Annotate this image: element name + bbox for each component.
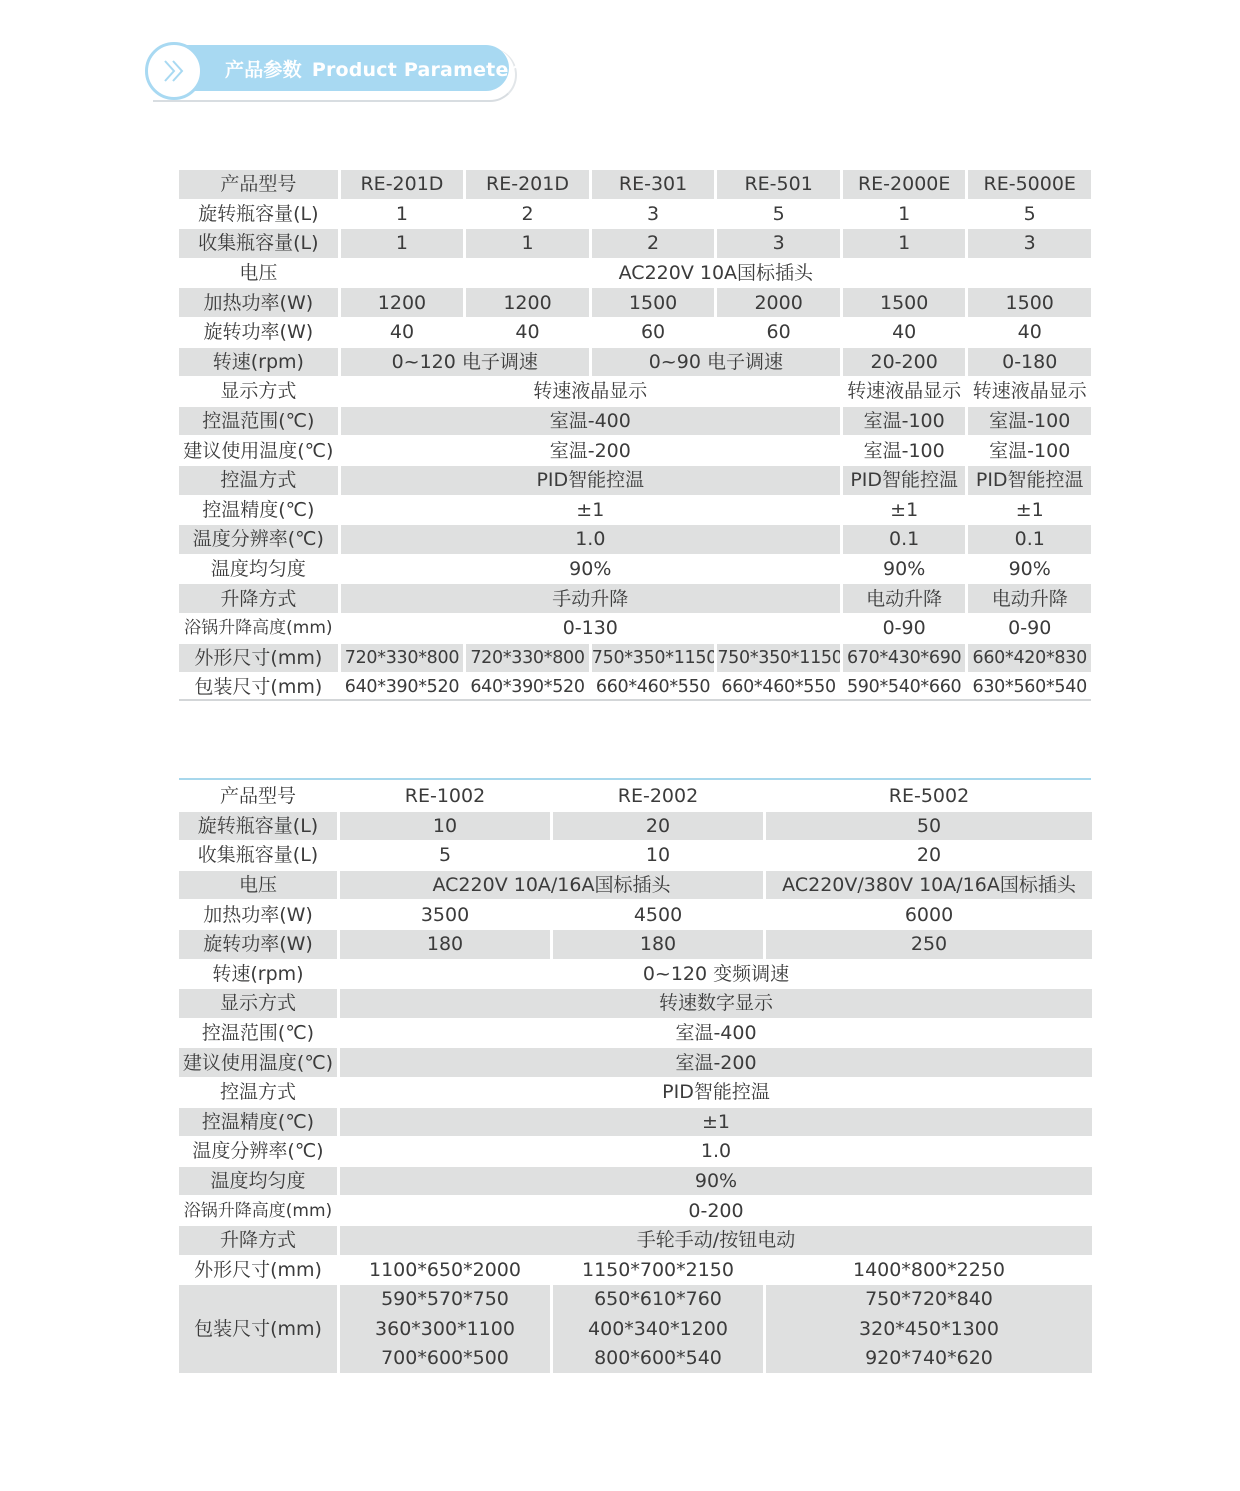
value-cell: AC220V 10A国标插头 (341, 259, 1091, 289)
value-cell: 180 (340, 930, 550, 960)
value-cell: 0-90 (843, 614, 966, 644)
table-row-model: 产品型号 RE-201D RE-201D RE-301 RE-501 RE-20… (179, 170, 1091, 200)
section-title: 产品参数Product Parameter (225, 55, 518, 82)
table-row-speed: 转速(rpm) 0~120 电子调速 0~90 电子调速 20-200 0-18… (179, 348, 1091, 378)
table-row-model: 产品型号 RE-1002 RE-2002 RE-5002 (179, 782, 1092, 812)
model-cell: RE-1002 (340, 782, 550, 812)
value-cell: 3500 (340, 900, 550, 930)
row-label: 显示方式 (179, 377, 338, 407)
value-cell: 5 (717, 200, 840, 230)
row-label: 旋转功率(W) (179, 930, 337, 960)
row-label: 温度分辨率(℃) (179, 1137, 337, 1167)
value-cell: 180 (553, 930, 763, 960)
value-cell: 1 (466, 229, 589, 259)
row-label: 建议使用温度(℃) (179, 1048, 337, 1078)
table-row-voltage: 电压 AC220V 10A/16A国标插头 AC220V/380V 10A/16… (179, 871, 1092, 901)
row-label: 包装尺寸(mm) (179, 1285, 337, 1374)
value-cell: ±1 (843, 496, 966, 526)
table-row-voltage: 电压 AC220V 10A国标插头 (179, 259, 1091, 289)
value-cell: 50 (766, 812, 1092, 842)
row-label: 旋转瓶容量(L) (179, 200, 338, 230)
value-cell: 1150*700*2150 (553, 1256, 763, 1286)
pack-dim-line: 800*600*540 (553, 1344, 763, 1374)
value-cell: 6000 (766, 900, 1092, 930)
table-row-outer-dims: 外形尺寸(mm) 720*330*800 720*330*800 750*350… (179, 644, 1091, 674)
value-cell: 20 (553, 812, 763, 842)
pack-dim-line: 400*340*1200 (553, 1315, 763, 1345)
pack-dim-line: 590*570*750 (340, 1285, 550, 1315)
value-cell: ±1 (968, 496, 1091, 526)
table-row-temp-range: 控温范围(℃) 室温-400 (179, 1019, 1092, 1049)
table-row-temp-uni: 温度均匀度 90% (179, 1167, 1092, 1197)
table-row-temp-uni: 温度均匀度 90% 90% 90% (179, 555, 1091, 585)
row-label: 收集瓶容量(L) (179, 229, 338, 259)
value-cell: 670*430*690 (843, 644, 966, 674)
value-cell: 手轮手动/按钮电动 (340, 1226, 1092, 1256)
model-cell: RE-2002 (553, 782, 763, 812)
value-cell: 1200 (341, 288, 464, 318)
value-cell: 手动升降 (341, 584, 840, 614)
row-label: 浴锅升降高度(mm) (179, 614, 338, 644)
table-row-display: 显示方式 转速数字显示 (179, 989, 1092, 1019)
row-label: 旋转功率(W) (179, 318, 338, 348)
value-cell: 3 (592, 200, 715, 230)
table-row-speed: 转速(rpm) 0~120 变频调速 (179, 960, 1092, 990)
value-cell: 2 (592, 229, 715, 259)
value-cell: 250 (766, 930, 1092, 960)
table-top-rule (179, 778, 1091, 780)
table-row-temp-range: 控温范围(℃) 室温-400 室温-100 室温-100 (179, 407, 1091, 437)
value-cell: 40 (466, 318, 589, 348)
value-cell: 1500 (968, 288, 1091, 318)
row-label: 控温方式 (179, 1078, 337, 1108)
table-row-pack-dims: 包装尺寸(mm) 590*570*750 360*300*1100 700*60… (179, 1285, 1092, 1374)
pack-dim-line: 700*600*500 (340, 1344, 550, 1374)
value-cell: 0-200 (340, 1196, 1092, 1226)
table-row-lift-height: 浴锅升降高度(mm) 0-130 0-90 0-90 (179, 614, 1091, 644)
value-cell: 90% (340, 1167, 1092, 1197)
value-cell: 1 (843, 200, 966, 230)
value-cell: ±1 (340, 1108, 1092, 1138)
value-cell: 1.0 (340, 1137, 1092, 1167)
value-cell: 40 (968, 318, 1091, 348)
model-cell: RE-2000E (843, 170, 966, 200)
value-cell: 转速液晶显示 (968, 377, 1091, 407)
value-cell: 750*720*840 320*450*1300 920*740*620 (766, 1285, 1092, 1374)
table-row-temp-res: 温度分辨率(℃) 1.0 (179, 1137, 1092, 1167)
value-cell: 20-200 (843, 348, 966, 378)
value-cell: 室温-400 (341, 407, 840, 437)
row-label: 控温精度(℃) (179, 496, 338, 526)
value-cell: 10 (553, 841, 763, 871)
value-cell: 1500 (843, 288, 966, 318)
value-cell: 2 (466, 200, 589, 230)
table-row-collect-flask: 收集瓶容量(L) 1 1 2 3 1 3 (179, 229, 1091, 259)
pack-dim-line: 360*300*1100 (340, 1315, 550, 1345)
row-label: 控温方式 (179, 466, 338, 496)
value-cell: 1 (843, 229, 966, 259)
value-cell: 720*330*800 (341, 644, 464, 674)
value-cell: 电动升降 (968, 584, 1091, 614)
value-cell: 20 (766, 841, 1092, 871)
value-cell: 0-180 (968, 348, 1091, 378)
model-cell: RE-201D (341, 170, 464, 200)
value-cell: 40 (341, 318, 464, 348)
value-cell: PID智能控温 (340, 1078, 1092, 1108)
value-cell: ±1 (341, 496, 840, 526)
table-row-temp-acc: 控温精度(℃) ±1 (179, 1108, 1092, 1138)
value-cell: 1.0 (341, 525, 840, 555)
table-row-temp-acc: 控温精度(℃) ±1 ±1 ±1 (179, 496, 1091, 526)
row-label: 外形尺寸(mm) (179, 1256, 337, 1286)
row-label: 控温精度(℃) (179, 1108, 337, 1138)
value-cell: 750*350*1150 (592, 644, 715, 674)
spec-table-large-models: 产品型号 RE-1002 RE-2002 RE-5002 旋转瓶容量(L) 10… (176, 782, 1095, 1374)
row-label: 收集瓶容量(L) (179, 841, 337, 871)
row-label: 外形尺寸(mm) (179, 644, 338, 674)
value-cell: PID智能控温 (843, 466, 966, 496)
value-cell: 4500 (553, 900, 763, 930)
row-label: 温度均匀度 (179, 555, 338, 585)
row-label: 产品型号 (179, 170, 338, 200)
row-label: 电压 (179, 871, 337, 901)
spec-table-small-models: 产品型号 RE-201D RE-201D RE-301 RE-501 RE-20… (176, 170, 1094, 703)
value-cell: 0-90 (968, 614, 1091, 644)
table-row-outer-dims: 外形尺寸(mm) 1100*650*2000 1150*700*2150 140… (179, 1256, 1092, 1286)
value-cell: 0~120 变频调速 (340, 960, 1092, 990)
section-title-cn: 产品参数 (225, 59, 302, 81)
value-cell: AC220V/380V 10A/16A国标插头 (766, 871, 1092, 901)
value-cell: 2000 (717, 288, 840, 318)
table-row-rotary-flask: 旋转瓶容量(L) 10 20 50 (179, 812, 1092, 842)
value-cell: 40 (843, 318, 966, 348)
table-bottom-rule (179, 699, 1091, 701)
row-label: 升降方式 (179, 1226, 337, 1256)
section-title-en: Product Parameter (312, 59, 518, 81)
row-label: 浴锅升降高度(mm) (179, 1196, 337, 1226)
value-cell: 650*610*760 400*340*1200 800*600*540 (553, 1285, 763, 1374)
table-row-rot-power: 旋转功率(W) 40 40 60 60 40 40 (179, 318, 1091, 348)
value-cell: 电动升降 (843, 584, 966, 614)
model-cell: RE-5000E (968, 170, 1091, 200)
value-cell: 1100*650*2000 (340, 1256, 550, 1286)
value-cell: 转速数字显示 (340, 989, 1092, 1019)
pack-dim-line: 650*610*760 (553, 1285, 763, 1315)
value-cell: 1 (341, 229, 464, 259)
table-row-heat-power: 加热功率(W) 3500 4500 6000 (179, 900, 1092, 930)
value-cell: 1200 (466, 288, 589, 318)
row-label: 旋转瓶容量(L) (179, 812, 337, 842)
row-label: 转速(rpm) (179, 348, 338, 378)
value-cell: 室温-200 (341, 436, 840, 466)
value-cell: PID智能控温 (968, 466, 1091, 496)
value-cell: 3 (968, 229, 1091, 259)
row-label: 温度分辨率(℃) (179, 525, 338, 555)
model-cell: RE-301 (592, 170, 715, 200)
row-label: 转速(rpm) (179, 960, 337, 990)
value-cell: 60 (592, 318, 715, 348)
value-cell: 0.1 (843, 525, 966, 555)
value-cell: 90% (843, 555, 966, 585)
value-cell: 3 (717, 229, 840, 259)
value-cell: 室温-100 (843, 436, 966, 466)
table-row-rotary-flask: 旋转瓶容量(L) 1 2 3 5 1 5 (179, 200, 1091, 230)
model-cell: RE-5002 (766, 782, 1092, 812)
pack-dim-line: 750*720*840 (766, 1285, 1092, 1315)
value-cell: 60 (717, 318, 840, 348)
value-cell: 5 (340, 841, 550, 871)
row-label: 控温范围(℃) (179, 1019, 337, 1049)
double-chevron-right-icon (145, 42, 203, 100)
table-row-display: 显示方式 转速液晶显示 转速液晶显示 转速液晶显示 (179, 377, 1091, 407)
value-cell: 750*350*1150 (717, 644, 840, 674)
pack-dim-line: 320*450*1300 (766, 1315, 1092, 1345)
value-cell: 0~120 电子调速 (341, 348, 589, 378)
row-label: 产品型号 (179, 782, 337, 812)
value-cell: 转速液晶显示 (843, 377, 966, 407)
row-label: 加热功率(W) (179, 900, 337, 930)
section-header-badge: 产品参数Product Parameter (145, 42, 517, 100)
row-label: 电压 (179, 259, 338, 289)
table-row-temp-ctrl: 控温方式 PID智能控温 PID智能控温 PID智能控温 (179, 466, 1091, 496)
value-cell: 1 (341, 200, 464, 230)
value-cell: AC220V 10A/16A国标插头 (340, 871, 763, 901)
table-row-lift-mode: 升降方式 手轮手动/按钮电动 (179, 1226, 1092, 1256)
value-cell: 室温-400 (340, 1019, 1092, 1049)
value-cell: 90% (968, 555, 1091, 585)
value-cell: 室温-200 (340, 1048, 1092, 1078)
row-label: 控温范围(℃) (179, 407, 338, 437)
model-cell: RE-201D (466, 170, 589, 200)
value-cell: 0~90 电子调速 (592, 348, 840, 378)
table-row-rot-power: 旋转功率(W) 180 180 250 (179, 930, 1092, 960)
value-cell: 室温-100 (968, 436, 1091, 466)
pack-dim-line: 920*740*620 (766, 1344, 1092, 1374)
value-cell: 720*330*800 (466, 644, 589, 674)
model-cell: RE-501 (717, 170, 840, 200)
value-cell: 590*570*750 360*300*1100 700*600*500 (340, 1285, 550, 1374)
value-cell: 90% (341, 555, 840, 585)
value-cell: 5 (968, 200, 1091, 230)
value-cell: 室温-100 (843, 407, 966, 437)
table-row-heat-power: 加热功率(W) 1200 1200 1500 2000 1500 1500 (179, 288, 1091, 318)
value-cell: 0.1 (968, 525, 1091, 555)
row-label: 温度均匀度 (179, 1167, 337, 1197)
table-row-rec-temp: 建议使用温度(℃) 室温-200 (179, 1048, 1092, 1078)
table-row-rec-temp: 建议使用温度(℃) 室温-200 室温-100 室温-100 (179, 436, 1091, 466)
value-cell: 1400*800*2250 (766, 1256, 1092, 1286)
value-cell: 10 (340, 812, 550, 842)
table-row-lift-mode: 升降方式 手动升降 电动升降 电动升降 (179, 584, 1091, 614)
row-label: 升降方式 (179, 584, 338, 614)
table-row-temp-ctrl: 控温方式 PID智能控温 (179, 1078, 1092, 1108)
row-label: 加热功率(W) (179, 288, 338, 318)
value-cell: 室温-100 (968, 407, 1091, 437)
value-cell: PID智能控温 (341, 466, 840, 496)
row-label: 建议使用温度(℃) (179, 436, 338, 466)
value-cell: 转速液晶显示 (341, 377, 840, 407)
value-cell: 1500 (592, 288, 715, 318)
row-label: 显示方式 (179, 989, 337, 1019)
table-row-collect-flask: 收集瓶容量(L) 5 10 20 (179, 841, 1092, 871)
value-cell: 0-130 (341, 614, 840, 644)
table-row-lift-height: 浴锅升降高度(mm) 0-200 (179, 1196, 1092, 1226)
value-cell: 660*420*830 (968, 644, 1091, 674)
table-row-temp-res: 温度分辨率(℃) 1.0 0.1 0.1 (179, 525, 1091, 555)
